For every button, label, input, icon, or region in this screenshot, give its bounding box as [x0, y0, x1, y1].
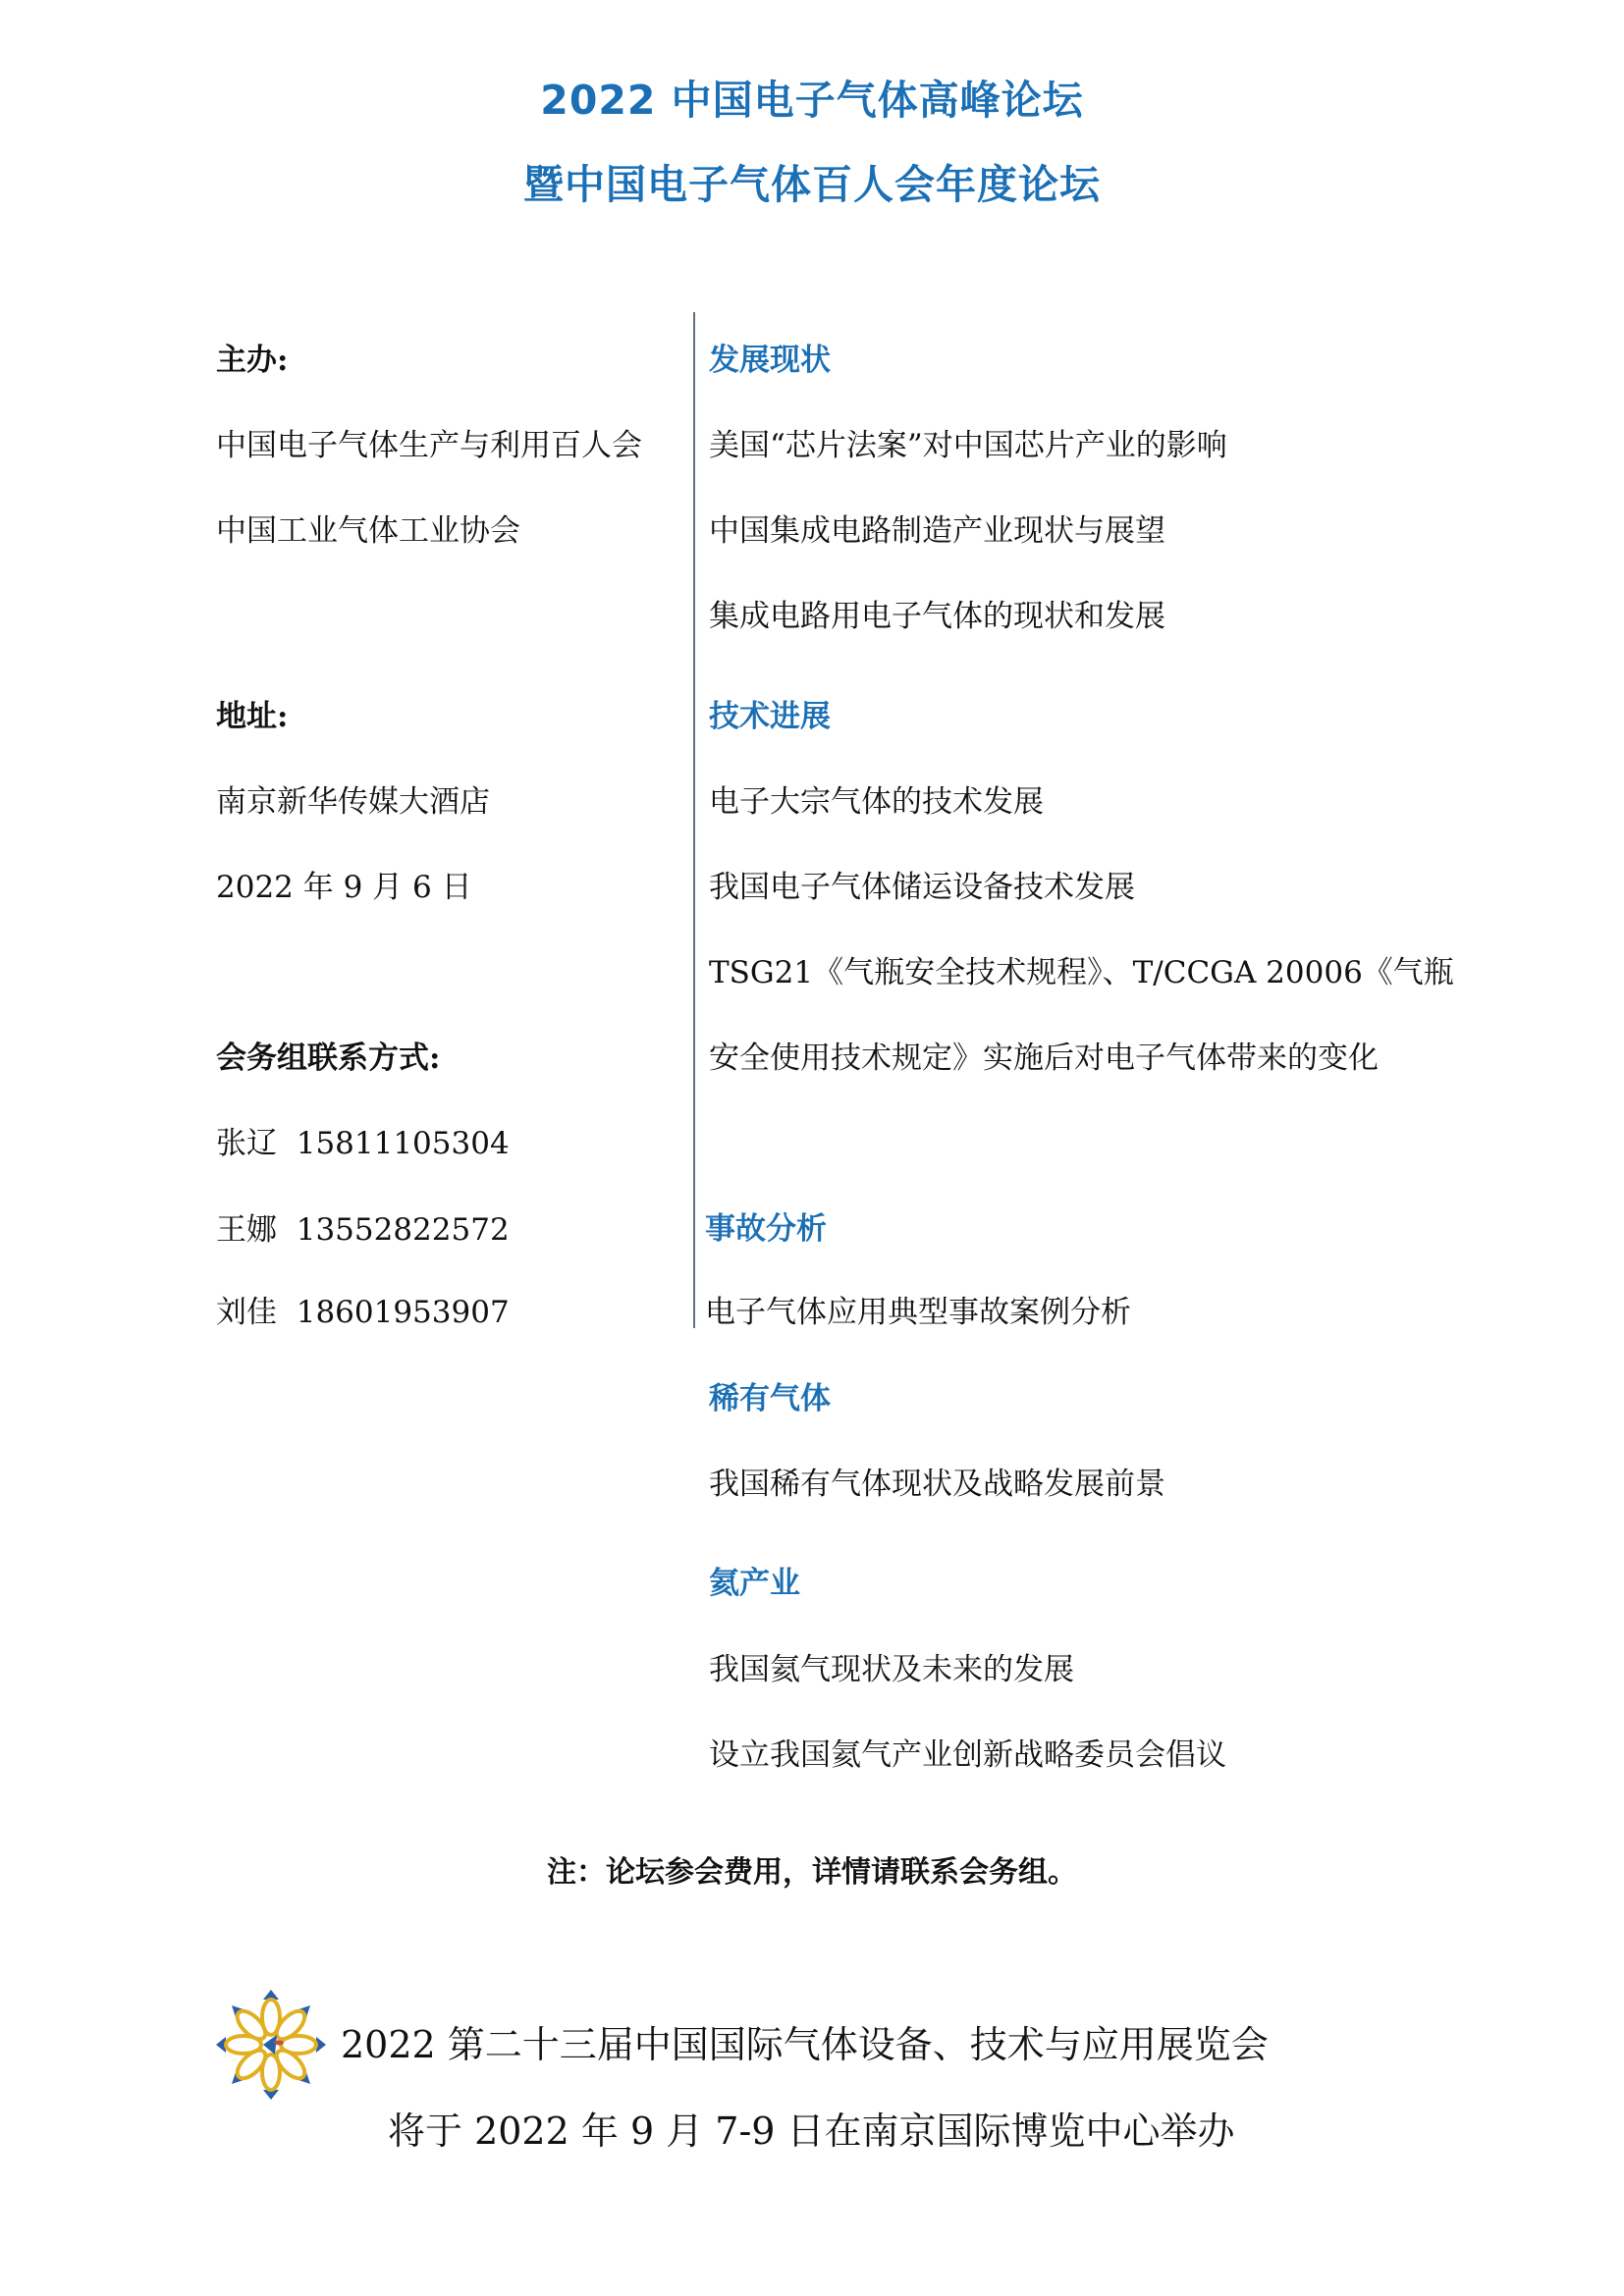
exhibition-logo-icon — [214, 1988, 328, 2102]
agenda-item: 安全使用技术规定》实施后对电子气体带来的变化 — [709, 1043, 1379, 1074]
date-text: 2022 年 9 月 6 日 — [216, 873, 472, 903]
contact-name: 刘佳 — [216, 1295, 277, 1330]
agenda-item: 电子气体应用典型事故案例分析 — [705, 1298, 1131, 1328]
agenda-item: 我国稀有气体现状及战略发展前景 — [709, 1469, 1165, 1500]
page-subtitle: 暨中国电子气体百人会年度论坛 — [0, 165, 1624, 205]
organizer-item: 中国工业气体工业协会 — [216, 516, 520, 547]
agenda-item: 美国“芯片法案”对中国芯片产业的影响 — [709, 431, 1227, 461]
agenda-item: 中国集成电路制造产业现状与展望 — [709, 516, 1165, 547]
exhibition-announcement: 2022 第二十三届中国国际气体设备、技术与应用展览会 — [341, 2026, 1269, 2063]
agenda-item: TSG21《气瓶安全技术规程》、T/CCGA 20006《气瓶 — [709, 958, 1454, 988]
agenda-item: 我国电子气体储运设备技术发展 — [709, 873, 1135, 903]
agenda-item: 设立我国氦气产业创新战略委员会倡议 — [709, 1740, 1226, 1771]
contact-row: 刘佳 18601953907 — [216, 1298, 510, 1328]
address-label: 地址: — [216, 702, 288, 732]
section-heading-helium: 氦产业 — [709, 1569, 800, 1599]
agenda-item: 我国氦气现状及未来的发展 — [709, 1655, 1074, 1685]
section-heading-development: 发展现状 — [709, 346, 831, 376]
contact-name: 张辽 — [216, 1126, 277, 1161]
exhibition-date-location: 将于 2022 年 9 月 7-9 日在南京国际博览中心举办 — [388, 2112, 1235, 2150]
organizer-item: 中国电子气体生产与利用百人会 — [216, 431, 642, 461]
agenda-item: 电子大宗气体的技术发展 — [709, 787, 1044, 818]
contact-row: 张辽 15811105304 — [216, 1129, 510, 1159]
fee-note: 注：论坛参会费用，详情请联系会务组。 — [0, 1858, 1624, 1888]
section-heading-technology: 技术进展 — [709, 702, 831, 732]
column-divider — [693, 312, 695, 1328]
contact-phone[interactable]: 15811105304 — [297, 1126, 510, 1161]
contact-phone[interactable]: 13552822572 — [297, 1212, 510, 1248]
contact-row: 王娜 13552822572 — [216, 1215, 510, 1246]
contact-name: 王娜 — [216, 1212, 277, 1248]
section-heading-accident: 事故分析 — [705, 1214, 827, 1245]
organizers-label: 主办: — [216, 346, 288, 376]
contacts-label: 会务组联系方式: — [216, 1043, 440, 1074]
page-title: 2022 中国电子气体高峰论坛 — [0, 80, 1624, 121]
section-heading-rare-gas: 稀有气体 — [709, 1384, 831, 1415]
agenda-item: 集成电路用电子气体的现状和发展 — [709, 602, 1165, 632]
contact-phone[interactable]: 18601953907 — [297, 1295, 510, 1330]
venue-text: 南京新华传媒大酒店 — [216, 787, 490, 818]
